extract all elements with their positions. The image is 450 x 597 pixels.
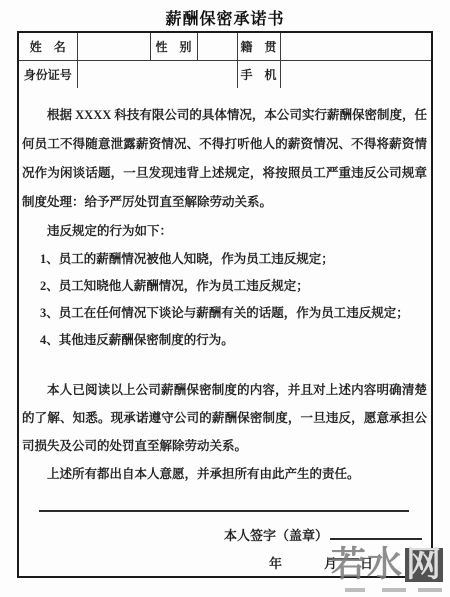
gender-value-cell xyxy=(197,33,237,60)
responsibility-paragraph: 上述所有都出自本人意愿，并承担所有由此产生的责任。 xyxy=(22,460,427,488)
watermark-subtext-mark xyxy=(418,588,442,592)
name-label: 姓 名 xyxy=(19,33,77,60)
violation-text: 其他违反薪酬保密制度的行为。 xyxy=(59,327,427,354)
document-frame: 姓 名 性 别 籍 贯 身份证号 手 机 根据 XXXX 科技有限公司的具体情况… xyxy=(17,31,433,578)
signature-label: 本人签字（盖章） xyxy=(224,528,328,543)
native-place-label: 籍 贯 xyxy=(237,33,280,60)
name-value-cell xyxy=(77,33,150,60)
intro-paragraph: 根据 XXXX 科技有限公司的具体情况，本公司实行薪酬保密制度，任何员工不得随意… xyxy=(22,101,427,217)
table-row: 身份证号 手 机 xyxy=(19,60,431,88)
watermark-main: 若水 xyxy=(331,545,403,584)
violation-item: 2、 员工知晓他人薪酬情况，作为员工违反规定； xyxy=(22,273,427,300)
document-title: 薪酬保密承诺书 xyxy=(0,6,450,29)
violation-item: 4、 其他违反薪酬保密制度的行为。 xyxy=(22,327,427,354)
table-row: 姓 名 性 别 籍 贯 xyxy=(19,33,431,60)
document-body: 根据 XXXX 科技有限公司的具体情况，本公司实行薪酬保密制度，任何员工不得随意… xyxy=(19,101,431,488)
signature-row: 本人签字（盖章） xyxy=(19,525,431,544)
violation-text: 员工在任何情况下谈论与薪酬有关的话题，作为员工违反规定； xyxy=(59,300,427,327)
info-table: 姓 名 性 别 籍 贯 身份证号 手 机 xyxy=(19,33,431,88)
signature-underline xyxy=(330,529,422,540)
acknowledgement-paragraph: 本人已阅读以上公司薪酬保密制度的内容，并且对上述内容明确清楚的了解、知悉。现承诺… xyxy=(22,376,427,460)
violation-number: 3、 xyxy=(22,300,59,327)
separator-rule xyxy=(39,510,409,512)
date-year-label: 年 xyxy=(269,556,282,571)
violations-list: 1、 员工的薪酬情况被他人知晓，作为员工违反规定； 2、 员工知晓他人薪酬情况，… xyxy=(22,246,427,354)
violation-number: 1、 xyxy=(22,246,59,273)
id-number-value-cell xyxy=(77,60,237,88)
watermark-subtext-mark xyxy=(345,588,365,592)
violation-text: 员工知晓他人薪酬情况，作为员工违反规定； xyxy=(59,273,427,300)
watermark-subtext-mark xyxy=(382,588,406,592)
id-number-label: 身份证号 xyxy=(19,60,77,88)
watermark-boxed-char: 网 xyxy=(405,548,443,582)
violation-item: 1、 员工的薪酬情况被他人知晓，作为员工违反规定； xyxy=(22,246,427,273)
native-place-value-cell xyxy=(280,33,431,60)
violation-number: 2、 xyxy=(22,273,59,300)
violations-header: 违反规定的行为如下： xyxy=(22,217,427,245)
mobile-value-cell xyxy=(280,60,431,88)
gender-label: 性 别 xyxy=(150,33,197,60)
violation-item: 3、 员工在任何情况下谈论与薪酬有关的话题，作为员工违反规定； xyxy=(22,300,427,327)
mobile-label: 手 机 xyxy=(237,60,280,88)
violation-number: 4、 xyxy=(22,327,59,354)
violation-text: 员工的薪酬情况被他人知晓，作为员工违反规定； xyxy=(59,246,427,273)
watermark-text: 若水网 xyxy=(331,546,443,584)
